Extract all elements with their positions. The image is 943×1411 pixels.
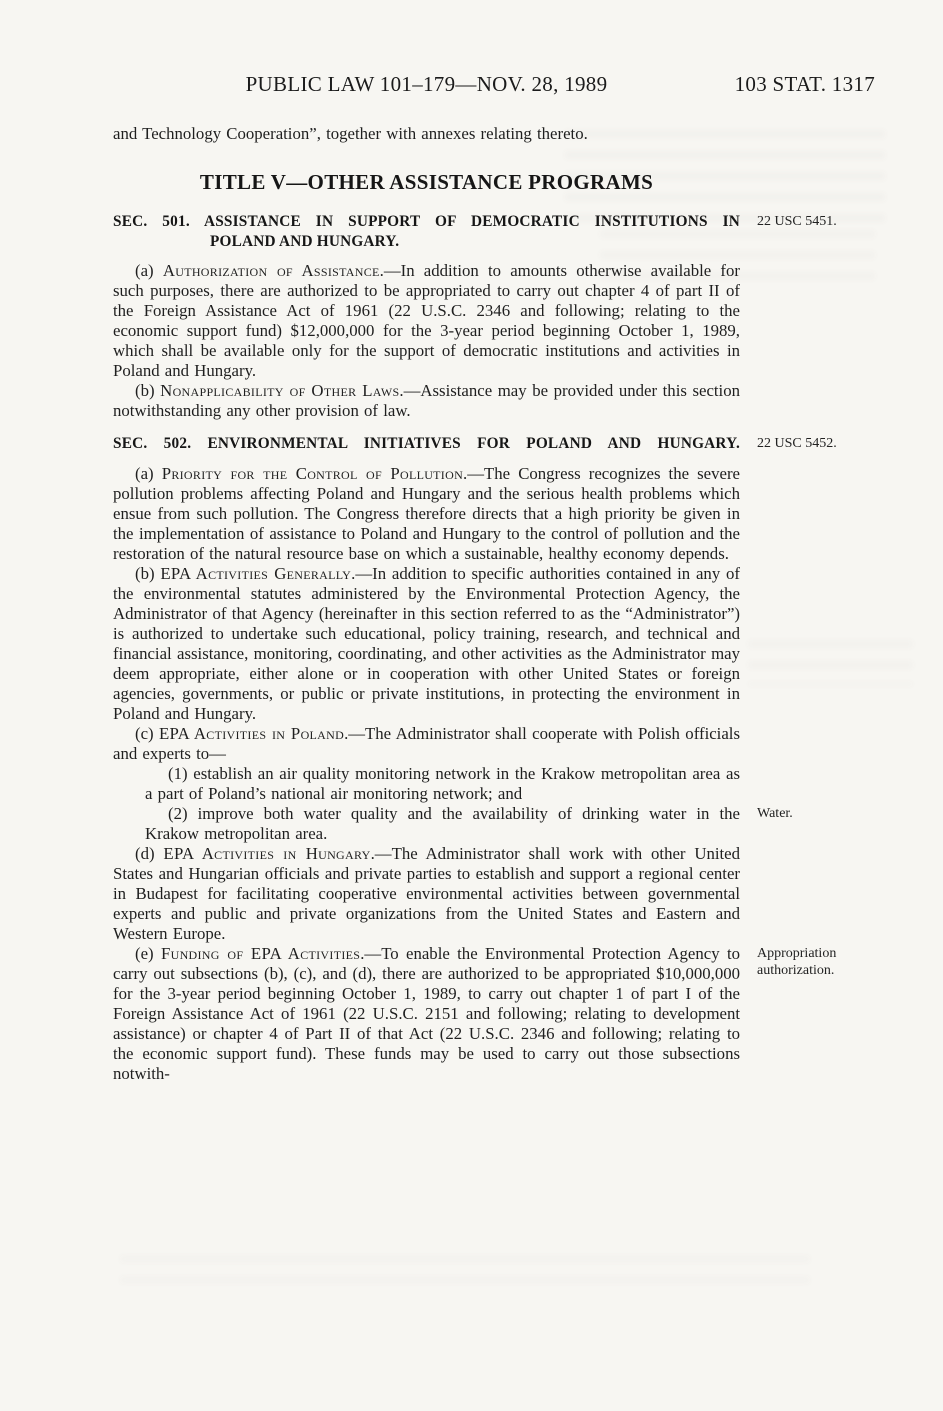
bleedthrough-ghost	[748, 640, 913, 686]
page: PUBLIC LAW 101–179—NOV. 28, 1989 103 STA…	[0, 0, 943, 1411]
running-head-stat-page: 103 STAT. 1317	[735, 72, 875, 97]
continuation-paragraph: and Technology Cooperation”, together wi…	[113, 124, 740, 144]
bleedthrough-ghost	[120, 1255, 810, 1295]
margin-note: 22 USC 5452.	[757, 436, 907, 453]
section-502-paragraph-c-2: (2) improve both water quality and the a…	[145, 804, 740, 844]
section-501-heading: SEC. 501. ASSISTANCE IN SUPPORT OF DEMOC…	[113, 212, 740, 251]
margin-note: 22 USC 5451.	[757, 214, 907, 231]
section-502-paragraph-d: (d) EPA Activities in Hungary.—The Admin…	[113, 844, 740, 944]
section-501-paragraph-a: (a) Authorization of Assistance.—In addi…	[113, 261, 740, 381]
section-502-paragraph-b: (b) EPA Activities Generally.—In additio…	[113, 564, 740, 724]
section-502-paragraph-a: (a) Priority for the Control of Pollutio…	[113, 464, 740, 564]
statute-body: and Technology Cooperation”, together wi…	[113, 124, 740, 1084]
section-501-paragraph-b: (b) Nonapplicability of Other Laws.—Assi…	[113, 381, 740, 421]
margin-note: Appropriation authorization.	[757, 946, 907, 979]
running-head-law: PUBLIC LAW 101–179—NOV. 28, 1989	[113, 72, 740, 97]
section-502-paragraph-c: (c) EPA Activities in Poland.—The Admini…	[113, 724, 740, 764]
section-502-paragraph-c-1: (1) establish an air quality monitoring …	[145, 764, 740, 804]
title-v-heading: TITLE V—OTHER ASSISTANCE PROGRAMS	[113, 170, 740, 195]
margin-note: Water.	[757, 806, 907, 823]
section-502-paragraph-e: (e) Funding of EPA Activities.—To enable…	[113, 944, 740, 1084]
section-502-heading: SEC. 502. ENVIRONMENTAL INITIATIVES FOR …	[113, 434, 740, 454]
